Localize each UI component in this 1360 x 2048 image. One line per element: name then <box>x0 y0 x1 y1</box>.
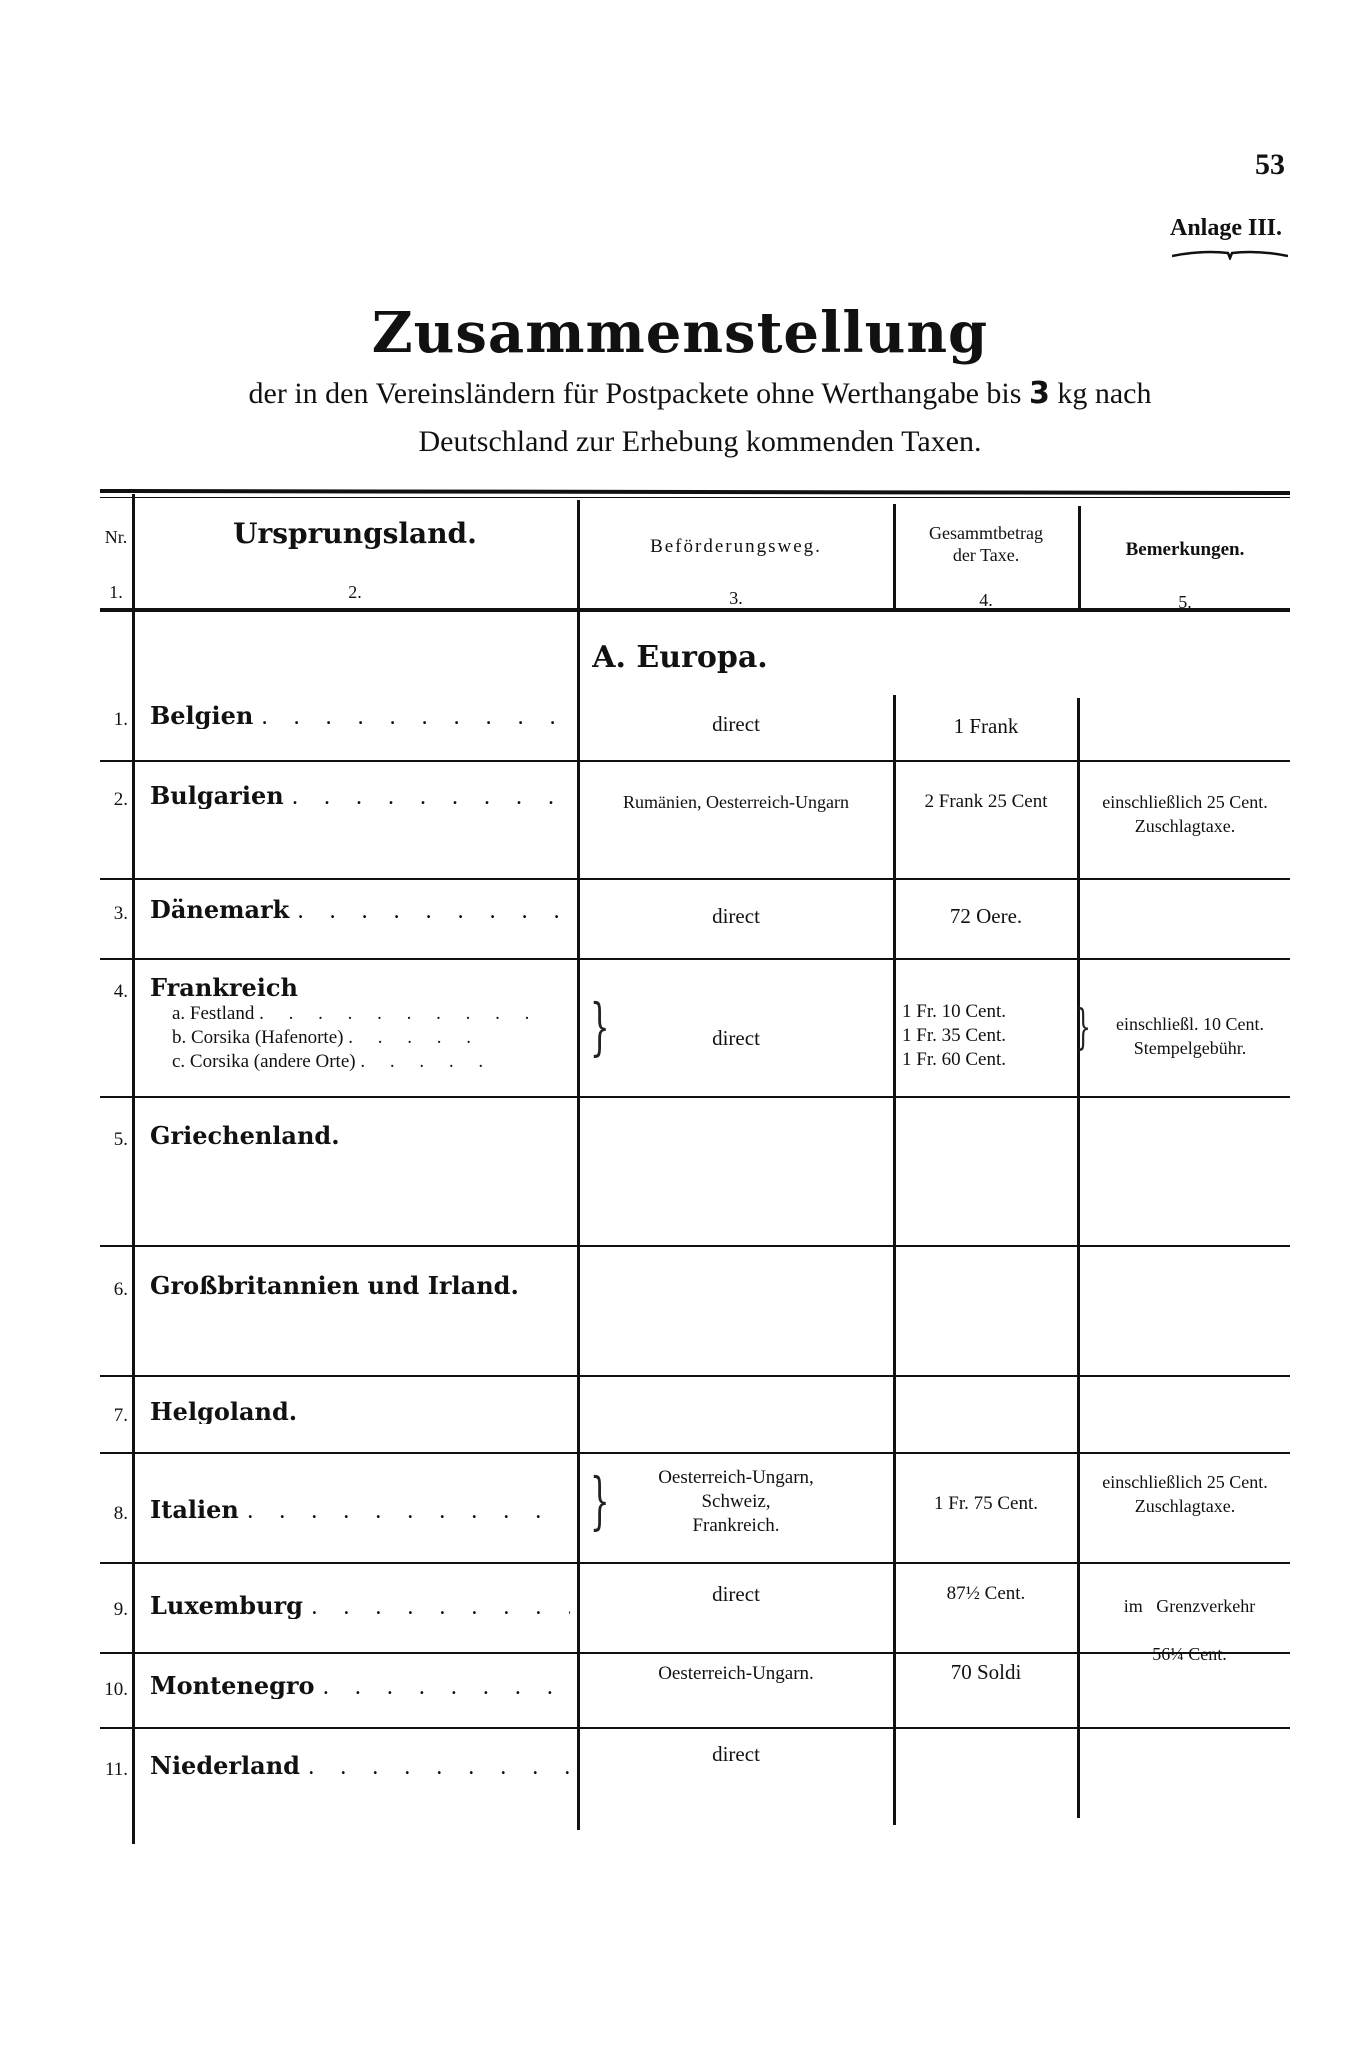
country-label: Luxemburg <box>150 1594 303 1619</box>
subtitle-line1-b: kg nach <box>1050 377 1152 410</box>
leader-dots: . . . . . . . . . . <box>259 1003 539 1024</box>
country-label: Frankreich <box>150 976 298 1000</box>
header-amount-line1: Gesammtbetrag <box>929 523 1043 543</box>
route-line2: Schweiz, <box>701 1491 770 1512</box>
route-cell: direct <box>580 1026 892 1050</box>
country-name: Italien . . . . . . . . . . <box>150 1498 570 1523</box>
amount-cell: 1 Frank <box>896 714 1076 738</box>
country-label: Helgoland. <box>150 1400 297 1424</box>
row-number: 10. <box>100 1678 128 1702</box>
remark-line1: einschließlich 25 Cent. <box>1102 1472 1267 1492</box>
country-label: Bulgarien <box>150 784 284 809</box>
country-name: Bulgarien . . . . . . . . . . <box>150 784 570 809</box>
country-name: Helgoland. <box>150 1400 570 1424</box>
row-sep <box>100 1245 1290 1247</box>
country-name: Luxemburg . . . . . . . . . . <box>150 1594 570 1619</box>
route-cell: Oesterreich-Ungarn, Schweiz, Frankreich. <box>580 1466 892 1538</box>
row-number: 5. <box>100 1128 128 1152</box>
route-cell: direct <box>580 904 892 928</box>
ornament-underline-icon <box>1172 248 1288 260</box>
row-sep <box>100 1096 1290 1098</box>
amount-cell: 1 Fr. 75 Cent. <box>896 1492 1076 1516</box>
subitem-label: c. Corsika (andere Orte) <box>172 1051 356 1072</box>
row-number: 3. <box>100 902 128 926</box>
country-label: Großbritannien und Irland. <box>150 1274 519 1298</box>
row-number: 8. <box>100 1502 128 1526</box>
route-line1: Oesterreich-Ungarn, <box>658 1467 814 1488</box>
subtitle-line2: Deutschland zur Erhebung kommenden Taxen… <box>418 425 981 458</box>
country-name: Belgien . . . . . . . . . . <box>150 704 570 729</box>
route-cell: Oesterreich-Ungarn. <box>580 1662 892 1686</box>
leader-dots: . . . . . . . . . . <box>298 898 570 923</box>
subtitle-line1-a: der in den Vereinsländern für Postpacket… <box>249 377 1029 410</box>
table-top-rule <box>100 489 1290 495</box>
route-cell: direct <box>580 712 892 736</box>
header-remarks: Bemerkungen. <box>1081 538 1289 562</box>
country-name: Griechenland. <box>150 1124 570 1148</box>
leader-dots: . . . . . . . . . . <box>262 704 566 729</box>
remark-line2: Stempelgebühr. <box>1134 1038 1246 1058</box>
remark-line2: Zuschlagtaxe. <box>1135 1496 1235 1516</box>
header-route: Beförderungsweg. <box>580 535 892 559</box>
col-rule-1 <box>132 494 135 1844</box>
table-top-rule-thin <box>100 497 1290 498</box>
country-label: Montenegro <box>150 1674 315 1699</box>
leader-dots: . . . . . . . . . . <box>311 1594 570 1619</box>
remark-cell: im Grenzverkehr 56¼ Cent. <box>1080 1570 1290 1666</box>
remark-line1: im Grenzverkehr <box>1124 1596 1255 1616</box>
leader-dots: . . . . . . . . . . <box>247 1498 551 1523</box>
country-name: Dänemark . . . . . . . . . . <box>150 898 570 923</box>
annex-label: Anlage III. <box>1170 215 1282 242</box>
document-subtitle: der in den Vereinsländern für Postpacket… <box>110 370 1290 466</box>
row-number: 7. <box>100 1404 128 1428</box>
colnum-5: 5. <box>1081 590 1289 614</box>
country-label: Griechenland. <box>150 1124 340 1148</box>
country-label: Dänemark <box>150 898 289 923</box>
colnum-3: 3. <box>580 586 892 610</box>
row-sep <box>100 760 1290 762</box>
subitem-label: b. Corsika (Hafenorte) <box>172 1027 343 1048</box>
row-sep <box>100 1452 1290 1454</box>
row-sep <box>100 958 1290 960</box>
header-amount-line2: der Taxe. <box>953 545 1019 565</box>
amount-subitem: 1 Fr. 10 Cent. <box>902 1000 1078 1024</box>
header-nr: Nr. <box>100 525 132 549</box>
amount-subitem: 1 Fr. 35 Cent. <box>902 1024 1078 1048</box>
row-number: 1. <box>100 708 128 732</box>
header-amount: Gesammtbetrag der Taxe. <box>896 522 1076 566</box>
amount-cell: 70 Soldi <box>896 1660 1076 1684</box>
row-number: 11. <box>100 1758 128 1782</box>
remark-cell: einschließlich 25 Cent. Zuschlagtaxe. <box>1080 790 1290 838</box>
document-title: Zusammenstellung <box>0 300 1360 366</box>
leader-dots: . . . . . . . . . . <box>323 1674 570 1699</box>
country-label: Belgien <box>150 704 253 729</box>
right-brace-icon: } <box>1076 996 1091 1058</box>
amount-cell: 72 Oere. <box>896 904 1076 928</box>
leader-dots: . . . . . . . . . . <box>308 1754 570 1779</box>
leader-dots: . . . . . . . . . . <box>292 784 570 809</box>
leader-dots: . . . . . <box>360 1051 493 1072</box>
header-origin: Ursprungsland. <box>135 522 575 546</box>
route-cell: direct <box>580 1742 892 1766</box>
colnum-4: 4. <box>896 588 1076 612</box>
row-number: 2. <box>100 788 128 812</box>
route-cell: direct <box>580 1582 892 1606</box>
row-sep <box>100 1727 1290 1729</box>
route-cell: Rumänien, Oesterreich-Ungarn <box>578 790 894 814</box>
row-number: 4. <box>100 980 128 1004</box>
col-rule-2 <box>577 500 580 1830</box>
country-label: Italien <box>150 1498 239 1523</box>
leader-dots: . . . . . <box>348 1027 481 1048</box>
subitem: b. Corsika (Hafenorte) . . . . . <box>172 1026 572 1050</box>
amount-cell: 87½ Cent. <box>896 1582 1076 1606</box>
remark-cell: einschließlich 25 Cent. Zuschlagtaxe. <box>1080 1470 1290 1518</box>
country-name: Montenegro . . . . . . . . . . <box>150 1674 570 1699</box>
subtitle-weight: 3 <box>1029 376 1050 411</box>
amount-cell: 2 Frank 25 Cent <box>894 790 1078 814</box>
country-name: Großbritannien und Irland. <box>150 1274 570 1298</box>
remark-cell: einschließl. 10 Cent. Stempelgebühr. <box>1090 1012 1290 1060</box>
remark-line2: Zuschlagtaxe. <box>1135 816 1235 836</box>
country-name: Niederland . . . . . . . . . . <box>150 1754 570 1779</box>
colnum-2: 2. <box>135 580 575 604</box>
country-name: Frankreich <box>150 976 570 1000</box>
row-sep <box>100 1562 1290 1564</box>
remark-line2: 56¼ Cent. <box>1152 1644 1227 1664</box>
amount-subitem: 1 Fr. 60 Cent. <box>902 1048 1078 1072</box>
row-number: 9. <box>100 1598 128 1622</box>
subitem-label: a. Festland <box>172 1003 254 1024</box>
subitem: c. Corsika (andere Orte) . . . . . <box>172 1050 572 1074</box>
row-sep <box>100 878 1290 880</box>
subitem: a. Festland . . . . . . . . . . <box>172 1002 572 1026</box>
row-number: 6. <box>100 1278 128 1302</box>
col-rule-3-body <box>893 695 896 1825</box>
colnum-1: 1. <box>100 580 132 604</box>
route-line3: Frankreich. <box>692 1515 779 1536</box>
remark-line1: einschließl. 10 Cent. <box>1116 1014 1264 1034</box>
row-sep <box>100 1375 1290 1377</box>
page-number: 53 <box>1255 148 1285 182</box>
country-label: Niederland <box>150 1754 300 1779</box>
section-heading: A. Europa. <box>0 640 1360 675</box>
remark-line1: einschließlich 25 Cent. <box>1102 792 1267 812</box>
